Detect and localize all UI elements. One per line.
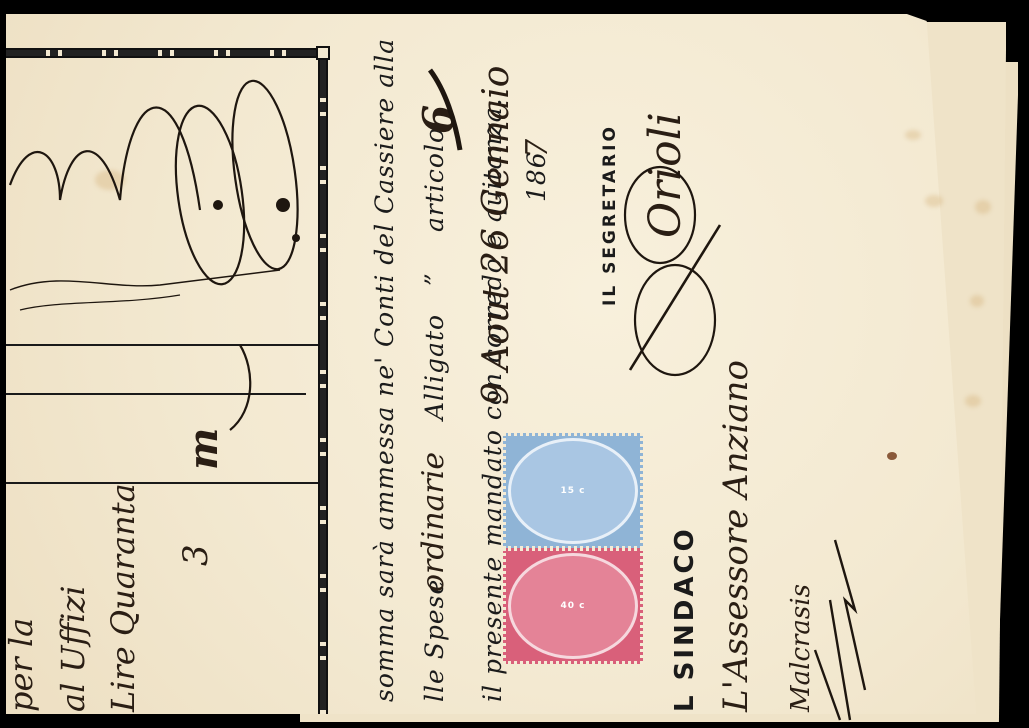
amount-flourish [10,108,200,211]
ink-flourishes [0,0,1029,728]
